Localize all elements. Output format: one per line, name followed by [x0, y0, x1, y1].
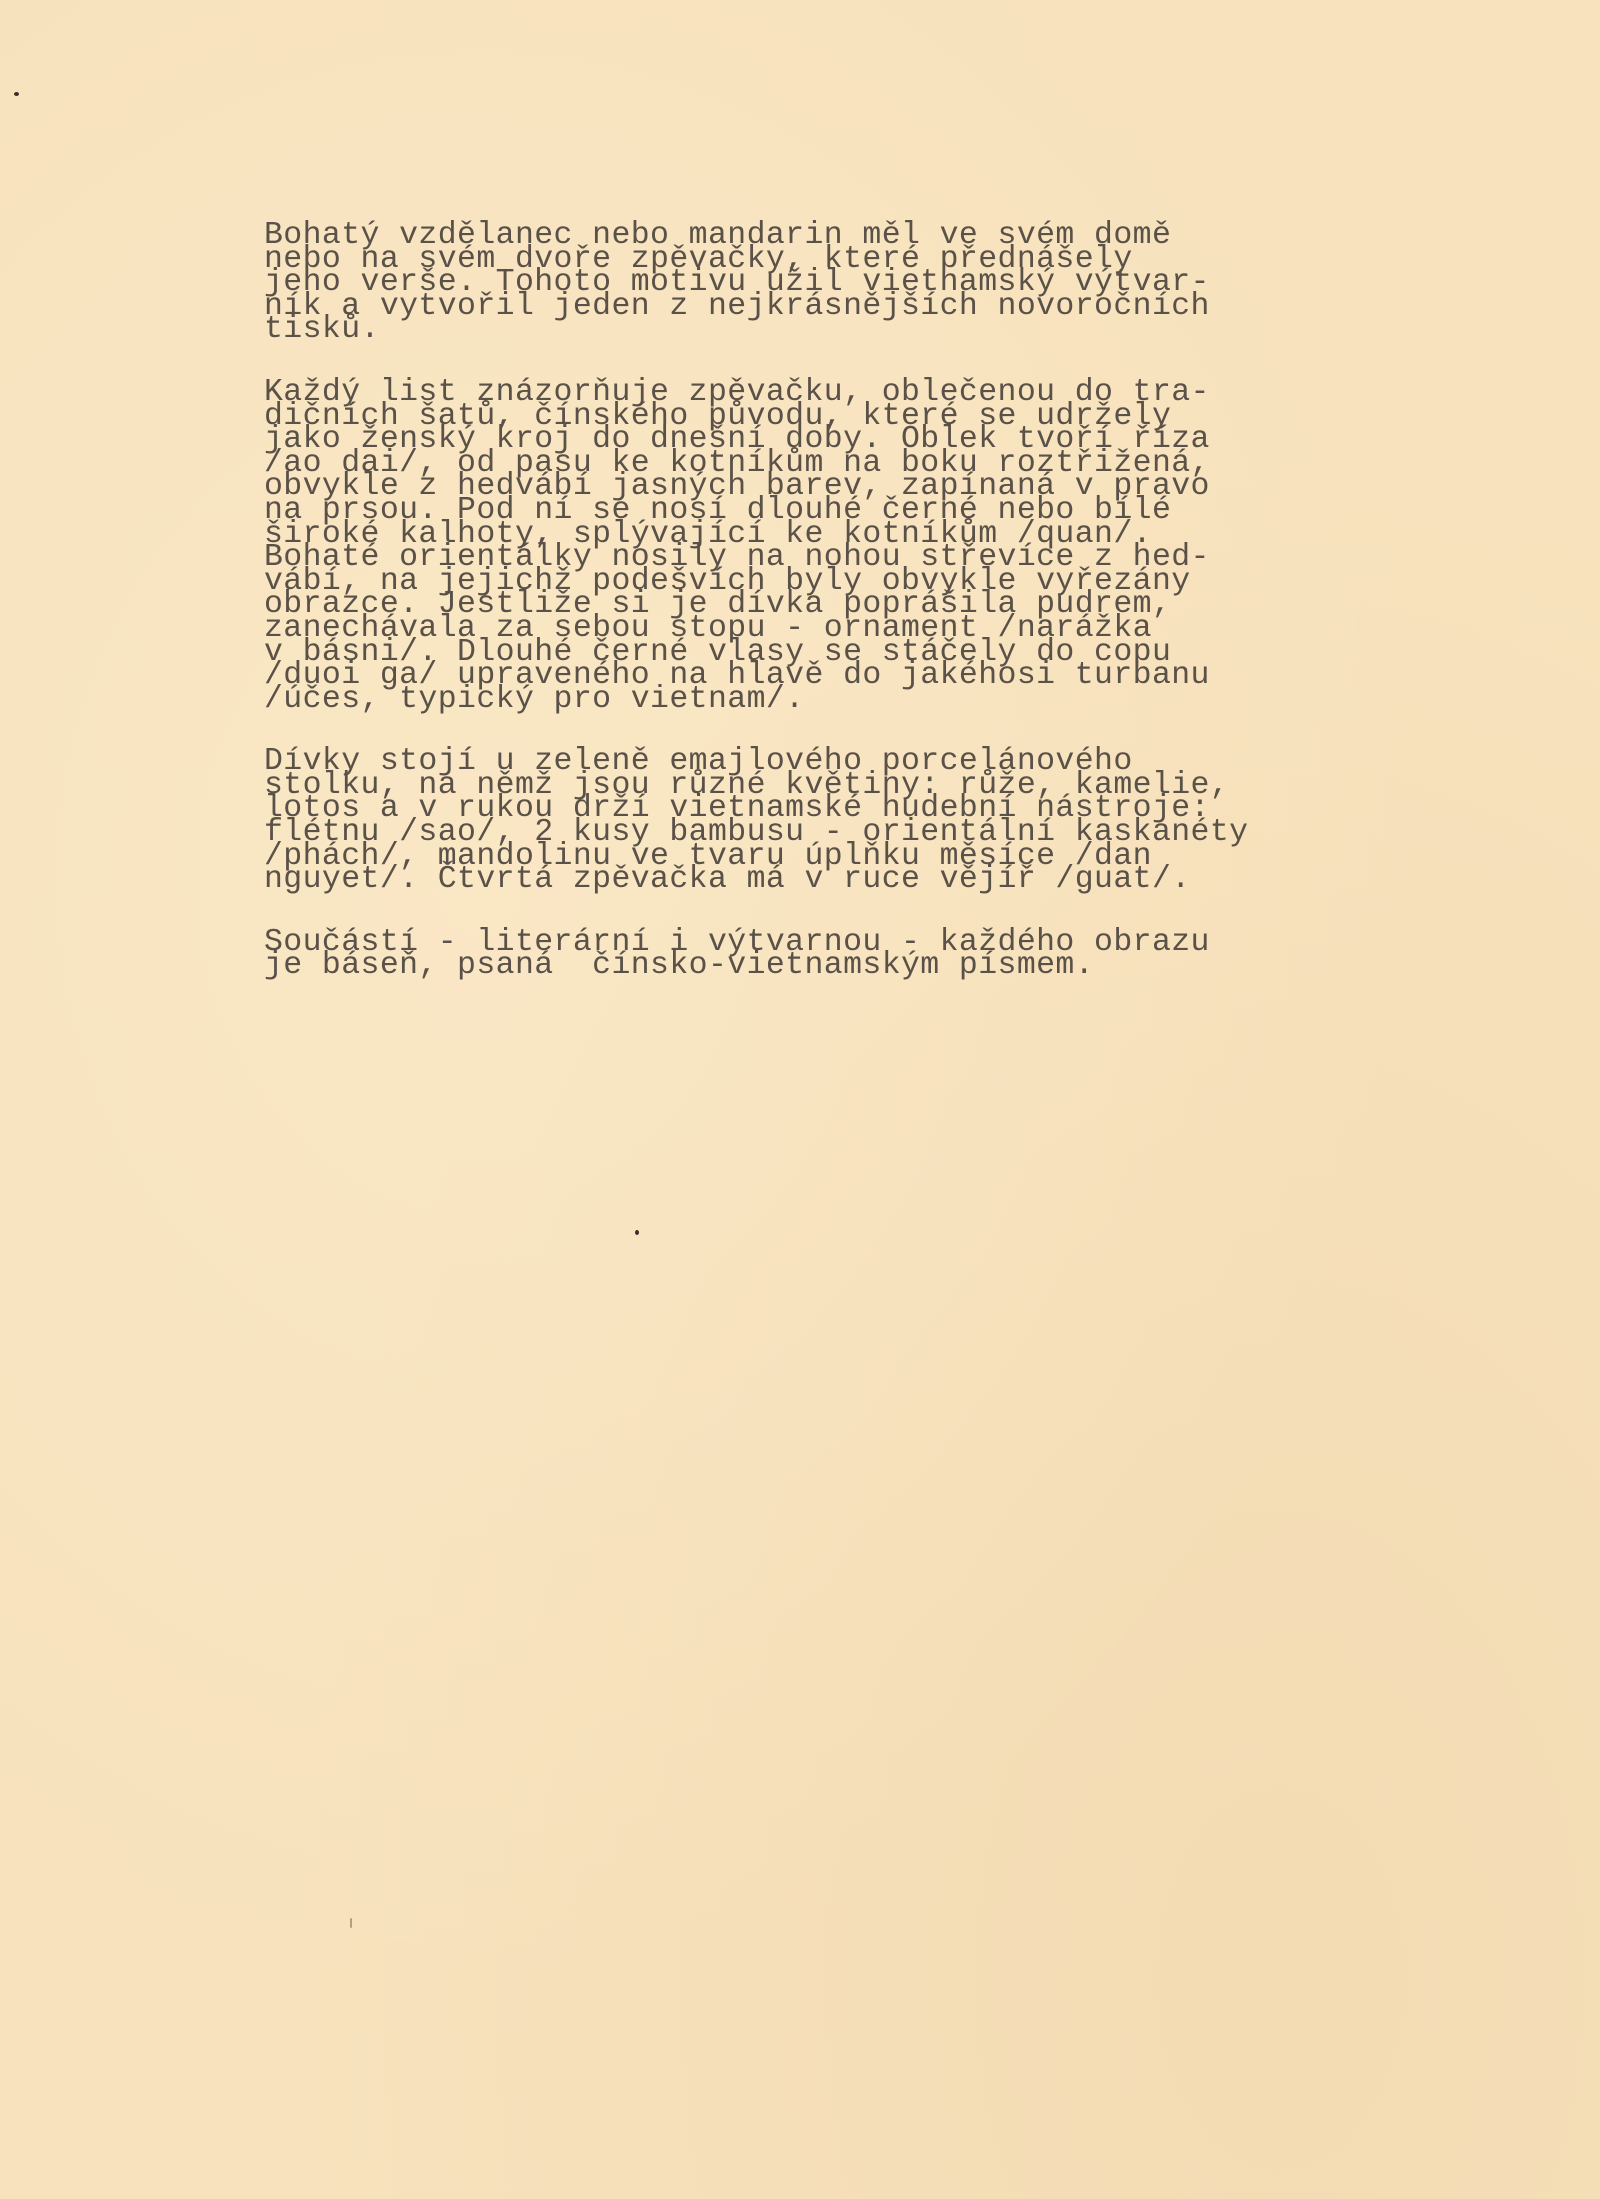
paragraph-intro: Bohatý vzdělanec nebo mandarin měl ve sv… — [264, 224, 1524, 342]
ink-speck — [14, 92, 19, 96]
paragraph-costume: Každý list znázorňuje zpěvačku, oblečeno… — [264, 381, 1524, 711]
document-body: Bohatý vzdělanec nebo mandarin měl ve sv… — [264, 224, 1524, 1017]
paragraph-poem: Součástí - literární i výtvarnou - každé… — [264, 931, 1524, 978]
text-line: je báseň, psaná čínsko-vietnamským písme… — [264, 954, 1524, 978]
typewritten-page: Bohatý vzdělanec nebo mandarin měl ve sv… — [0, 0, 1600, 2199]
paper-blemish — [350, 1918, 352, 1928]
text-line: ník a vytvořil jeden z nejkrásnějších no… — [264, 295, 1524, 319]
text-line: nguyet/. Čtvrtá zpěvačka má v ruce vějíř… — [264, 868, 1524, 892]
ink-speck — [635, 1230, 639, 1235]
paragraph-instruments: Dívky stojí u zeleně emajlového porcelán… — [264, 750, 1524, 892]
